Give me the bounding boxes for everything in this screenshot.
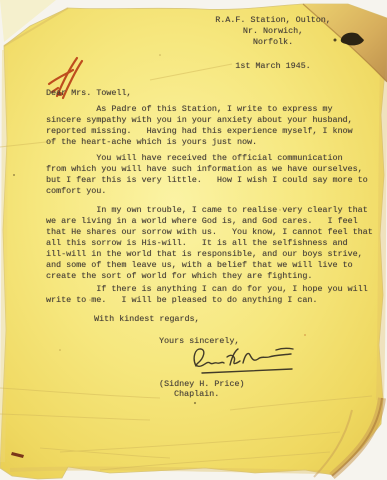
- paragraph-3: In my own trouble, I came to realise ver…: [46, 205, 373, 282]
- paragraph-2: You will have received the official comm…: [46, 153, 368, 197]
- letterhead-address: R.A.F. Station, Oulton, Nr. Norwich, Nor…: [198, 15, 348, 48]
- signature-scrawl: [186, 344, 306, 378]
- salutation: Dear Mrs. Towell,: [46, 88, 131, 99]
- closing-regards: With kindest regards,: [94, 314, 200, 325]
- letter-date: 1st March 1945.: [198, 61, 348, 72]
- left-edge-shading: [2, 50, 5, 462]
- paragraph-1: As Padre of this Station, I write to exp…: [46, 104, 353, 148]
- signature-underline: [202, 369, 292, 373]
- right-edge-shading: [380, 25, 385, 400]
- signed-title: Chaplain.: [174, 389, 219, 400]
- scanned-letter: R.A.F. Station, Oulton, Nr. Norwich, Nor…: [0, 0, 387, 480]
- paragraph-4: If there is anything I can do for you, I…: [46, 284, 368, 306]
